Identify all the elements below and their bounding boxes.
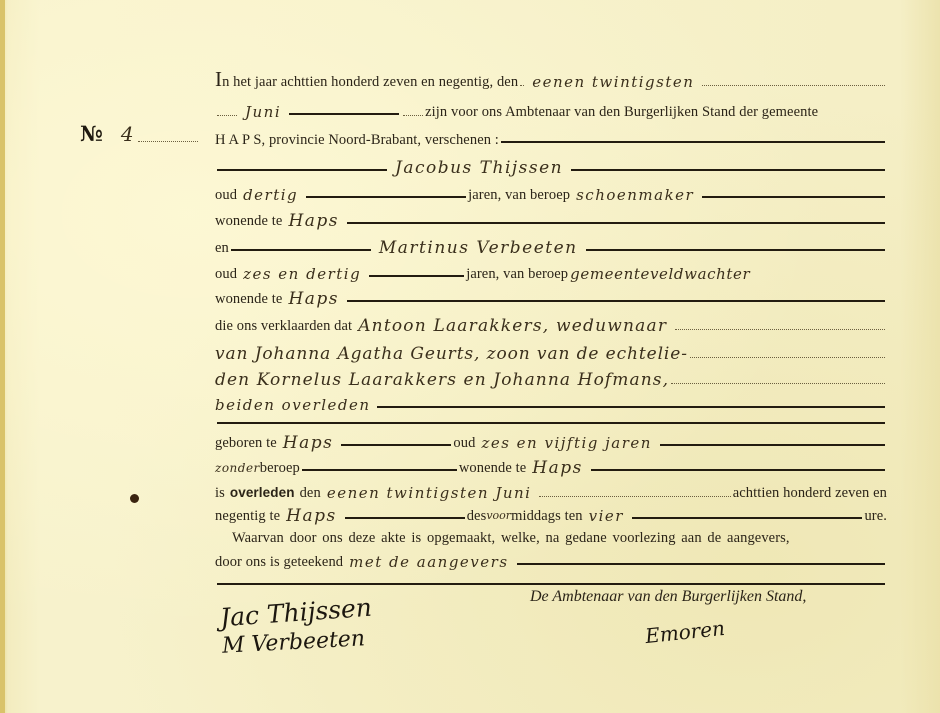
printed-text: geboren te (215, 435, 277, 451)
line-7: en Martinus Verbeeten (215, 232, 887, 256)
fill-line (217, 169, 387, 171)
ink-stain (130, 494, 139, 503)
printed-text: jaren, van beroep (468, 187, 570, 203)
printed-text: wonende te (215, 291, 282, 307)
handwritten-day: eenen twintigsten (526, 74, 700, 90)
line-16: zonder beroep wonende te Haps (215, 452, 887, 476)
fill-line (632, 517, 862, 519)
line-6: wonende te Haps (215, 205, 887, 229)
handwritten-age: zes en vijftig jaren (475, 435, 658, 451)
fill-line (702, 196, 885, 198)
line-8: oud zes en dertig jaren, van beroep geme… (215, 258, 887, 282)
dotted-line (690, 357, 885, 358)
printed-text: en (215, 240, 229, 256)
line-17: is overleden den eenen twintigsten Juni … (215, 477, 887, 501)
fill-line (369, 275, 464, 277)
printed-text: is (215, 485, 225, 501)
dotted-line (675, 329, 885, 330)
handwritten-deceased: Antoon Laarakkers, weduwnaar (352, 318, 673, 334)
handwritten-birthplace: Haps (277, 435, 340, 451)
line-9: wonende te Haps (215, 283, 887, 307)
record-number-value: 4 (121, 122, 134, 146)
number-symbol: № (80, 121, 103, 146)
fill-line (591, 469, 885, 471)
fill-line (347, 222, 885, 224)
fill-line (217, 422, 885, 424)
dotted-line (520, 85, 524, 86)
line-5: oud dertig jaren, van beroep schoenmaker (215, 179, 887, 203)
paper-edge (0, 0, 5, 713)
line-3: H A P S, provincie Noord-Brabant, versch… (215, 124, 887, 148)
fill-line (660, 444, 885, 446)
line-10: die ons verklaarden dat Antoon Laarakker… (215, 310, 887, 334)
handwritten-residence: Haps (526, 460, 589, 476)
printed-text: oud (453, 435, 475, 451)
handwritten-occupation: zonder (215, 460, 260, 476)
line-1: IIn het jaar achttien honderd zeven en n… (215, 66, 887, 90)
printed-text: Waarvan door ons deze akte is opgemaakt,… (232, 530, 790, 546)
fill-line (517, 563, 885, 565)
printed-text: IIn het jaar achttien honderd zeven en n… (215, 70, 518, 90)
fill-line (501, 141, 885, 143)
fill-line (302, 469, 457, 471)
line-19: Waarvan door ons deze akte is opgemaakt,… (232, 522, 887, 546)
line-15: geboren te Haps oud zes en vijftig jaren (215, 427, 887, 451)
line-14-blank (215, 405, 887, 429)
fill-line (231, 249, 371, 251)
printed-text: die ons verklaarden dat (215, 318, 352, 334)
printed-text: wonende te (215, 213, 282, 229)
printed-text: oud (215, 187, 237, 203)
line-2: Juni zijn voor ons Ambtenaar van den Bur… (215, 96, 887, 120)
handwritten-residence: Haps (282, 291, 345, 307)
line-4: Jacobus Thijssen (215, 152, 887, 176)
line-21-blank (215, 566, 887, 590)
printed-text: oud (215, 266, 237, 282)
printed-text: wonende te (459, 460, 526, 476)
handwritten-date: eenen twintigsten Juni (321, 485, 538, 501)
dotted-line (539, 496, 730, 497)
record-number: № 4 (80, 121, 198, 146)
handwritten-age: dertig (237, 187, 304, 203)
official-title: De Ambtenaar van den Burgerlijken Stand, (530, 588, 806, 606)
line-18: negentig te Haps des voor middags ten vi… (215, 500, 887, 524)
handwritten-age: zes en dertig (237, 266, 367, 282)
handwritten-witness-2: Martinus Verbeeten (373, 240, 584, 256)
handwritten-residence: Haps (282, 213, 345, 229)
printed-text: jaren, van beroep (466, 266, 568, 282)
printed-text: H A P S, provincie Noord-Brabant, versch… (215, 132, 499, 148)
handwritten-occupation: gemeenteveldwachter (568, 266, 752, 282)
dotted-line (403, 115, 423, 116)
handwritten-text: van Johanna Agatha Geurts, zoon van de e… (215, 346, 688, 362)
printed-text-bold: overleden (230, 485, 295, 501)
printed-text: zijn voor ons Ambtenaar van den Burgerli… (425, 104, 818, 120)
dotted-line (217, 115, 237, 116)
dotted-line (138, 141, 198, 142)
fill-line (341, 444, 451, 446)
handwritten-text: den Kornelus Laarakkers en Johanna Hofma… (215, 372, 669, 388)
line-12: den Kornelus Laarakkers en Johanna Hofma… (215, 364, 887, 388)
dotted-line (671, 383, 885, 384)
fill-line (571, 169, 885, 171)
handwritten-witness-1: Jacobus Thijssen (389, 160, 569, 176)
fill-line (217, 583, 885, 585)
fill-line (306, 196, 466, 198)
dotted-line (702, 85, 885, 86)
fill-line (289, 113, 399, 115)
printed-text: beroep (260, 460, 300, 476)
handwritten-occupation: schoenmaker (570, 187, 700, 203)
handwritten-month: Juni (239, 104, 287, 120)
printed-text: achttien honderd zeven en (733, 485, 887, 501)
fill-line (347, 300, 885, 302)
fill-line (345, 517, 465, 519)
line-11: van Johanna Agatha Geurts, zoon van de e… (215, 338, 887, 362)
fill-line (586, 249, 885, 251)
printed-text: den (300, 485, 321, 501)
